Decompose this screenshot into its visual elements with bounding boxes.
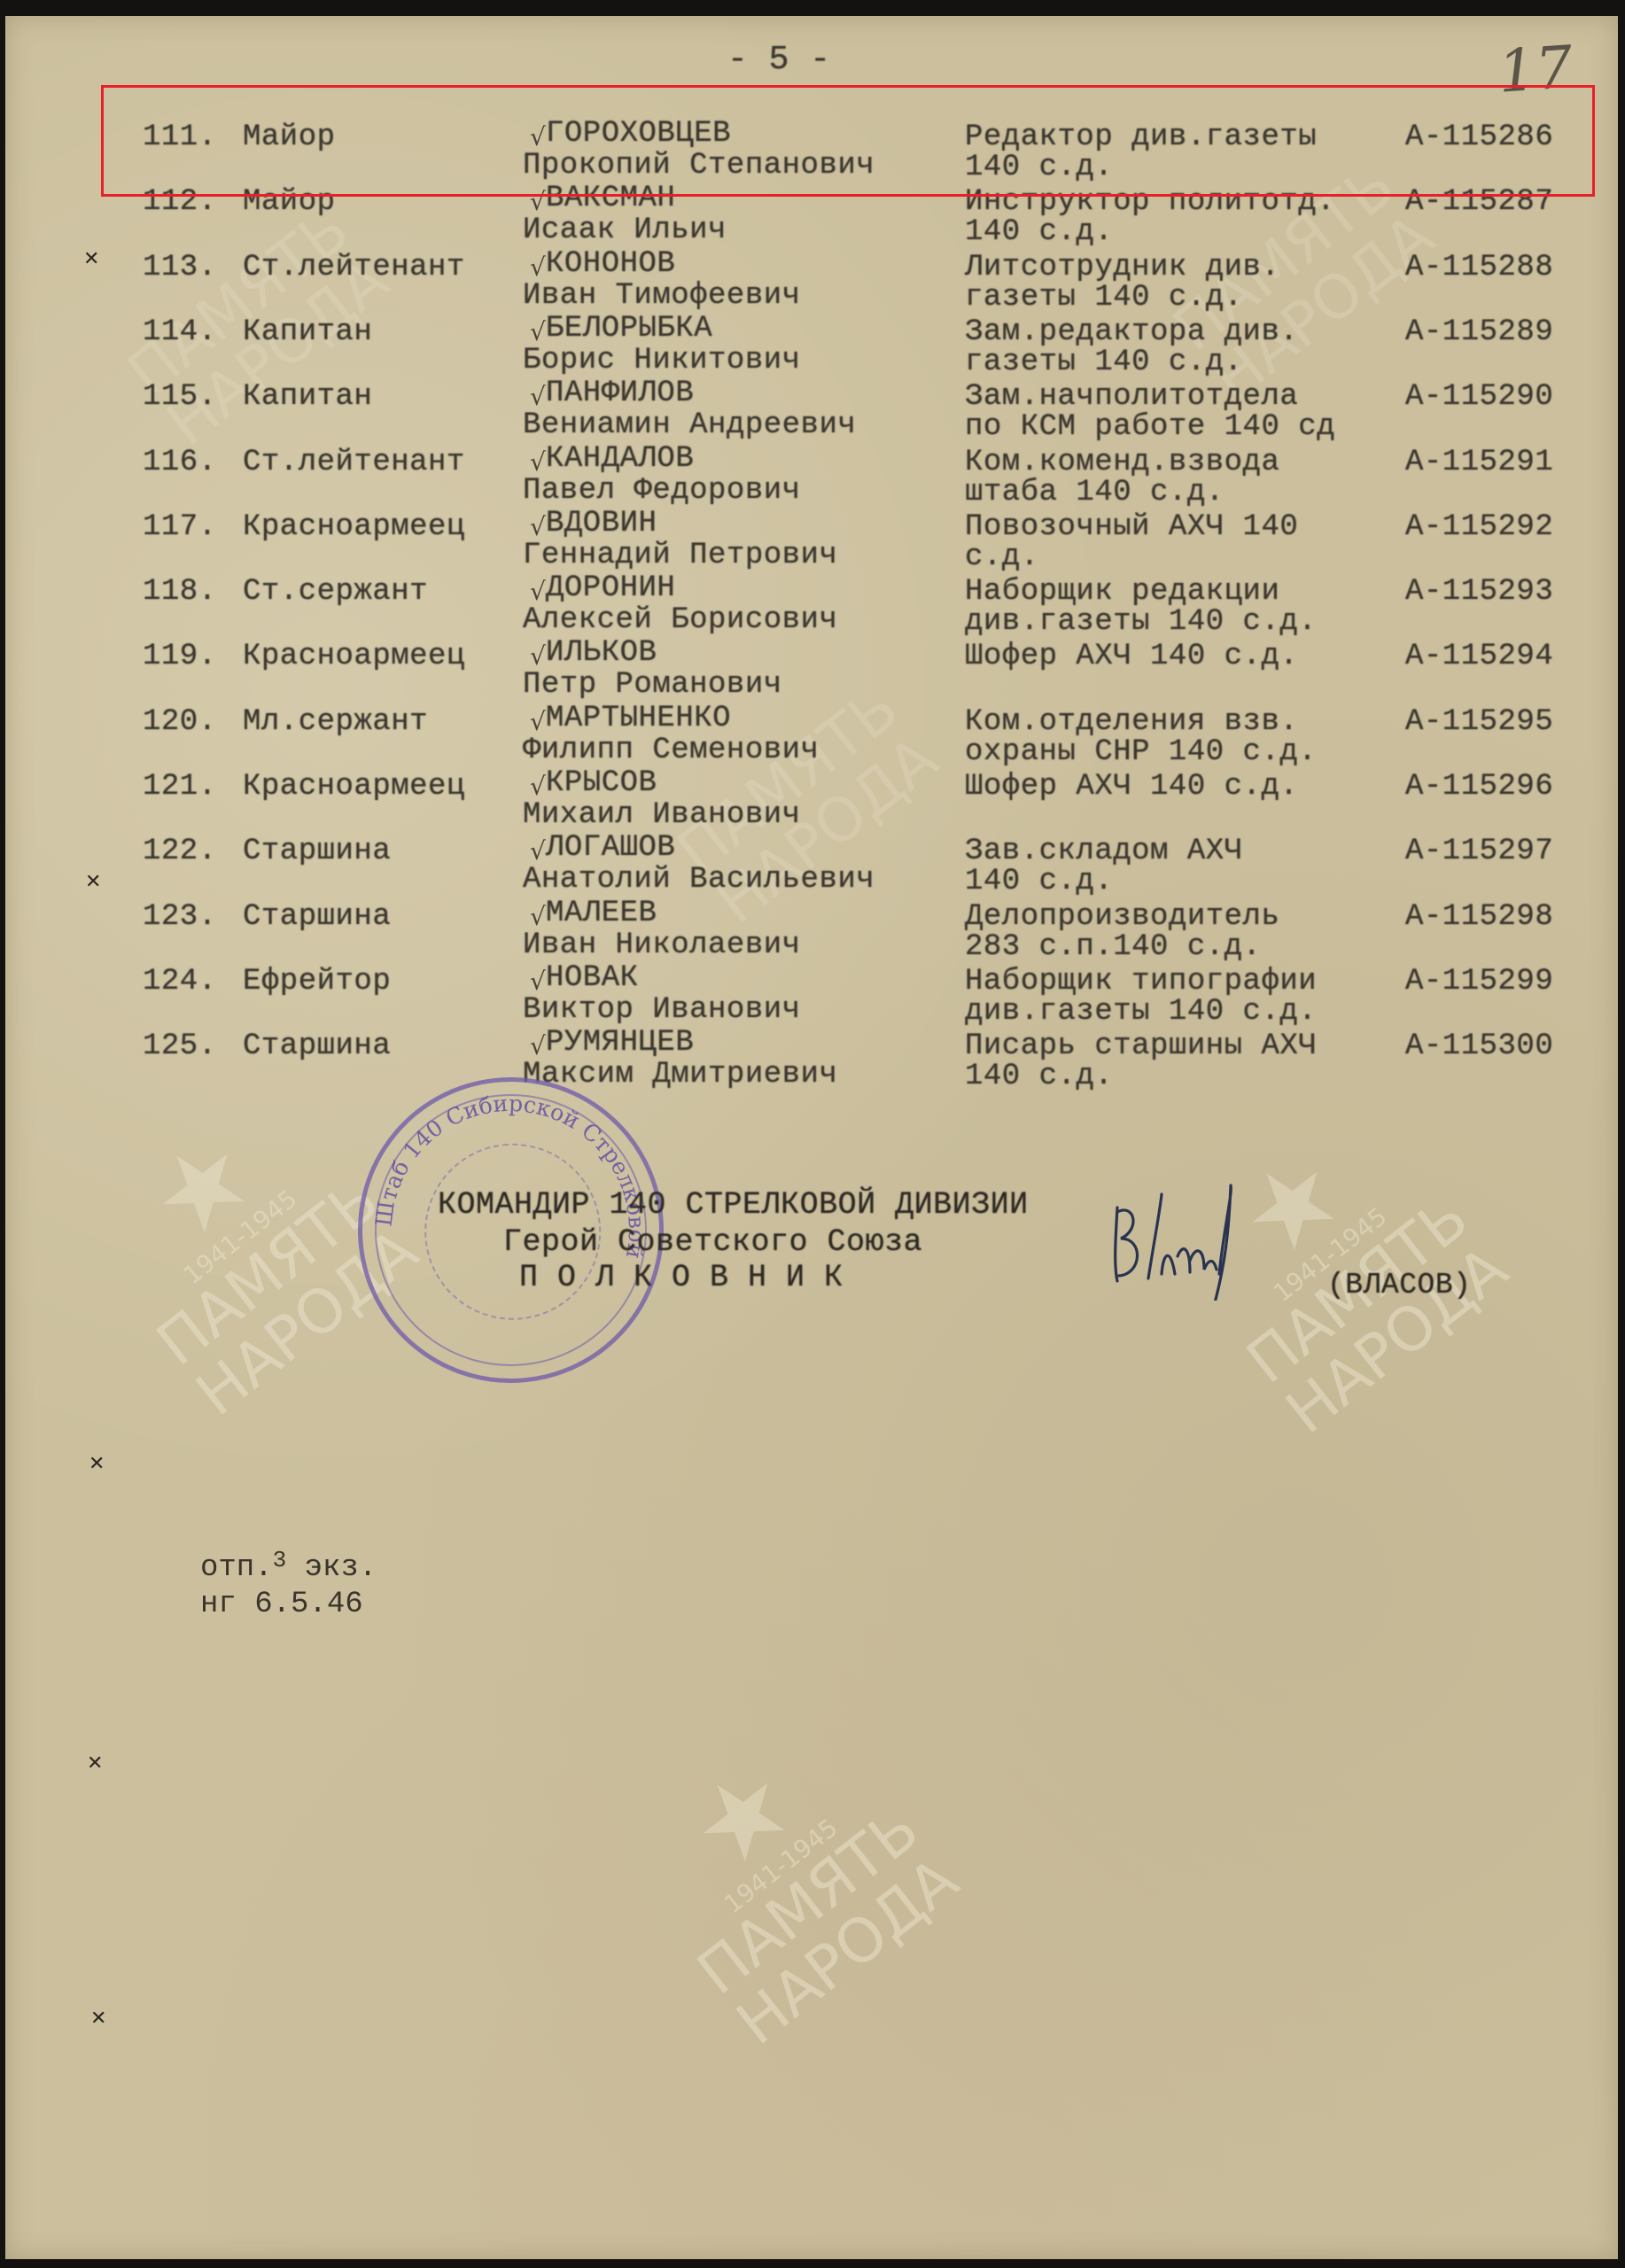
signature-rank: П О Л К О В Н И К <box>519 1260 844 1295</box>
check-mark-icon: √ <box>530 707 546 736</box>
entry-number: 115. <box>143 380 217 414</box>
entry-number: 124. <box>143 965 217 998</box>
given-names: Филипп Семенович <box>523 734 819 767</box>
list-item: 119. Красноармеец √ ИЛЬКОВ Петр Романови… <box>5 640 1625 704</box>
award-number: А-115290 <box>1405 380 1553 414</box>
entry-number: 113. <box>143 251 217 284</box>
surname: ВДОВИН <box>546 507 657 540</box>
page-number: - 5 - <box>727 41 831 79</box>
military-rank: Ефрейтор <box>243 965 391 998</box>
list-item: 120. Мл.сержант √ МАРТЫНЕНКО Филипп Семе… <box>5 705 1625 770</box>
given-names: Виктор Иванович <box>523 993 801 1027</box>
check-mark-icon: √ <box>530 382 546 411</box>
position-line-1: Писарь старшины АХЧ <box>965 1029 1317 1063</box>
position-line-1: Литсотрудник див. <box>965 251 1279 284</box>
surname: МАРТЫНЕНКО <box>546 702 731 735</box>
position-line-1: Шофер АХЧ 140 с.д. <box>965 770 1298 804</box>
given-names: Борис Никитович <box>523 344 801 377</box>
position-line-1: Наборщик редакции <box>965 575 1279 609</box>
star-icon: ★ <box>611 1699 875 1935</box>
military-rank: Ст.лейтенант <box>243 446 465 479</box>
position-line-1: Ком.коменд.взвода <box>965 446 1279 479</box>
given-names: Петр Романович <box>523 668 782 702</box>
position-line-2: 140 с.д. <box>965 865 1113 898</box>
position-line-2: по КСМ работе 140 сд <box>965 410 1335 444</box>
given-names: Исаак Ильич <box>523 214 727 247</box>
check-mark-icon: √ <box>530 836 546 866</box>
military-rank: Капитан <box>243 380 372 414</box>
position-line-2: газеты 140 с.д. <box>965 346 1243 379</box>
award-number: А-115295 <box>1405 705 1553 739</box>
award-number: А-115294 <box>1405 640 1553 673</box>
position-line-1: Шофер АХЧ 140 с.д. <box>965 640 1298 673</box>
margin-mark: ✕ <box>83 248 99 270</box>
list-item: 125. Старшина √ РУМЯНЦЕВ Максим Дмитриев… <box>5 1029 1625 1094</box>
position-line-1: Делопроизводитель <box>965 900 1279 934</box>
surname: ИЛЬКОВ <box>546 636 657 670</box>
copies-note: отп.3 экз. нг 6.5.46 <box>200 1550 377 1622</box>
position-line-2: с.д. <box>965 540 1039 574</box>
award-number: А-115288 <box>1405 251 1553 284</box>
military-rank: Ст.лейтенант <box>243 251 465 284</box>
list-item: 122. Старшина √ ЛОГАШОВ Анатолий Василье… <box>5 835 1625 899</box>
military-rank: Старшина <box>243 1029 391 1063</box>
list-item: 117. Красноармеец √ ВДОВИН Геннадий Петр… <box>5 510 1625 575</box>
given-names: Вениамин Андреевич <box>523 408 856 442</box>
position-line-1: Зам.начполитотдела <box>965 380 1298 414</box>
check-mark-icon: √ <box>530 577 546 606</box>
list-item: 114. Капитан √ БЕЛОРЫБКА Борис Никитович… <box>5 315 1625 380</box>
margin-mark: ✕ <box>90 2008 106 2030</box>
military-rank: Капитан <box>243 315 372 349</box>
list-item: 123. Старшина √ МАЛЕЕВ Иван Николаевич Д… <box>5 900 1625 965</box>
military-rank: Старшина <box>243 835 391 868</box>
entry-number: 114. <box>143 315 217 349</box>
military-rank: Красноармеец <box>243 510 465 544</box>
surname: ЛОГАШОВ <box>546 831 675 865</box>
position-line-2: див.газеты 140 с.д. <box>965 605 1317 639</box>
award-number: А-115291 <box>1405 446 1553 479</box>
given-names: Иван Николаевич <box>523 928 801 962</box>
handwritten-signature <box>1108 1177 1268 1301</box>
watermark: ★ 1941-1945 ПАМЯТЬ НАРОДА <box>611 1699 970 2056</box>
check-mark-icon: √ <box>530 317 546 346</box>
military-rank: Красноармеец <box>243 640 465 673</box>
award-number: А-115292 <box>1405 510 1553 544</box>
entry-number: 116. <box>143 446 217 479</box>
position-line-2: див.газеты 140 с.д. <box>965 995 1317 1029</box>
military-rank: Мл.сержант <box>243 705 428 739</box>
position-line-2: штаба 140 с.д. <box>965 476 1225 509</box>
margin-mark: ✕ <box>89 1453 105 1475</box>
award-number: А-115300 <box>1405 1029 1553 1063</box>
list-item: 113. Ст.лейтенант √ КОНОНОВ Иван Тимофее… <box>5 251 1625 315</box>
surname: БЕЛОРЫБКА <box>546 312 712 346</box>
position-line-2: 140 с.д. <box>965 1060 1113 1093</box>
given-names: Анатолий Васильевич <box>523 863 875 897</box>
star-icon: ★ <box>71 1070 335 1306</box>
position-line-1: Наборщик типографии <box>965 965 1317 998</box>
surname: МАЛЕЕВ <box>546 897 657 930</box>
dispatch-date: нг 6.5.46 <box>200 1588 363 1621</box>
position-line-1: Ком.отделения взв. <box>965 705 1298 739</box>
entry-number: 117. <box>143 510 217 544</box>
margin-mark: ✕ <box>87 1752 103 1775</box>
award-number: А-115297 <box>1405 835 1553 868</box>
check-mark-icon: √ <box>530 252 546 282</box>
highlight-box <box>101 85 1595 197</box>
award-number: А-115296 <box>1405 770 1553 804</box>
entry-number: 120. <box>143 705 217 739</box>
surname: ПАНФИЛОВ <box>546 377 694 410</box>
position-line-1: Повозочный АХЧ 140 <box>965 510 1298 544</box>
margin-mark: ✕ <box>85 871 101 893</box>
list-item: 115. Капитан √ ПАНФИЛОВ Вениамин Андреев… <box>5 380 1625 445</box>
position-line-2: 140 с.д. <box>965 215 1113 249</box>
signature-subtitle: Герой Советского Союза <box>503 1224 922 1260</box>
entry-number: 121. <box>143 770 217 804</box>
surname: НОВАК <box>546 961 639 995</box>
surname: РУМЯНЦЕВ <box>546 1026 694 1060</box>
check-mark-icon: √ <box>530 447 546 477</box>
check-mark-icon: √ <box>530 512 546 541</box>
position-line-2: газеты 140 с.д. <box>965 281 1243 315</box>
given-names: Иван Тимофеевич <box>523 279 801 313</box>
military-rank: Старшина <box>243 900 391 934</box>
document-page: ★ 1941-1945 ПАМЯТЬ НАРОДА ★ 1941-1945 ПА… <box>5 16 1618 2259</box>
entry-number: 118. <box>143 575 217 609</box>
list-item: 124. Ефрейтор √ НОВАК Виктор Иванович На… <box>5 965 1625 1029</box>
position-line-2: 283 с.п.140 с.д. <box>965 930 1261 964</box>
signature-title: КОМАНДИР 140 СТРЕЛКОВОЙ ДИВИЗИИ <box>438 1187 1029 1223</box>
military-rank: Ст.сержант <box>243 575 428 609</box>
position-line-2: охраны СНР 140 с.д. <box>965 735 1317 769</box>
check-mark-icon: √ <box>530 641 546 671</box>
entry-number: 123. <box>143 900 217 934</box>
surname: ДОРОНИН <box>546 571 675 605</box>
list-item: 116. Ст.лейтенант √ КАНДАЛОВ Павел Федор… <box>5 446 1625 510</box>
entry-number: 119. <box>143 640 217 673</box>
award-number: А-115293 <box>1405 575 1553 609</box>
list-item: 121. Красноармеец √ КРЫСОВ Михаил Иванов… <box>5 770 1625 835</box>
given-names: Геннадий Петрович <box>523 539 837 572</box>
given-names: Павел Федорович <box>523 474 801 508</box>
entry-number: 125. <box>143 1029 217 1063</box>
given-names: Алексей Борисович <box>523 603 837 637</box>
check-mark-icon: √ <box>530 967 546 996</box>
check-mark-icon: √ <box>530 1031 546 1060</box>
award-number: А-115299 <box>1405 965 1553 998</box>
check-mark-icon: √ <box>530 902 546 931</box>
award-number: А-115298 <box>1405 900 1553 934</box>
surname: КАНДАЛОВ <box>546 442 694 476</box>
surname: КРЫСОВ <box>546 766 657 800</box>
award-number: А-115289 <box>1405 315 1553 349</box>
list-item: 118. Ст.сержант √ ДОРОНИН Алексей Борисо… <box>5 575 1625 640</box>
position-line-1: Зав.складом АХЧ <box>965 835 1243 868</box>
surname: КОНОНОВ <box>546 247 675 281</box>
given-names: Михаил Иванович <box>523 798 801 832</box>
entry-number: 122. <box>143 835 217 868</box>
military-rank: Красноармеец <box>243 770 465 804</box>
signatory-name: (ВЛАСОВ) <box>1327 1269 1471 1301</box>
check-mark-icon: √ <box>530 772 546 801</box>
position-line-1: Зам.редактора див. <box>965 315 1298 349</box>
